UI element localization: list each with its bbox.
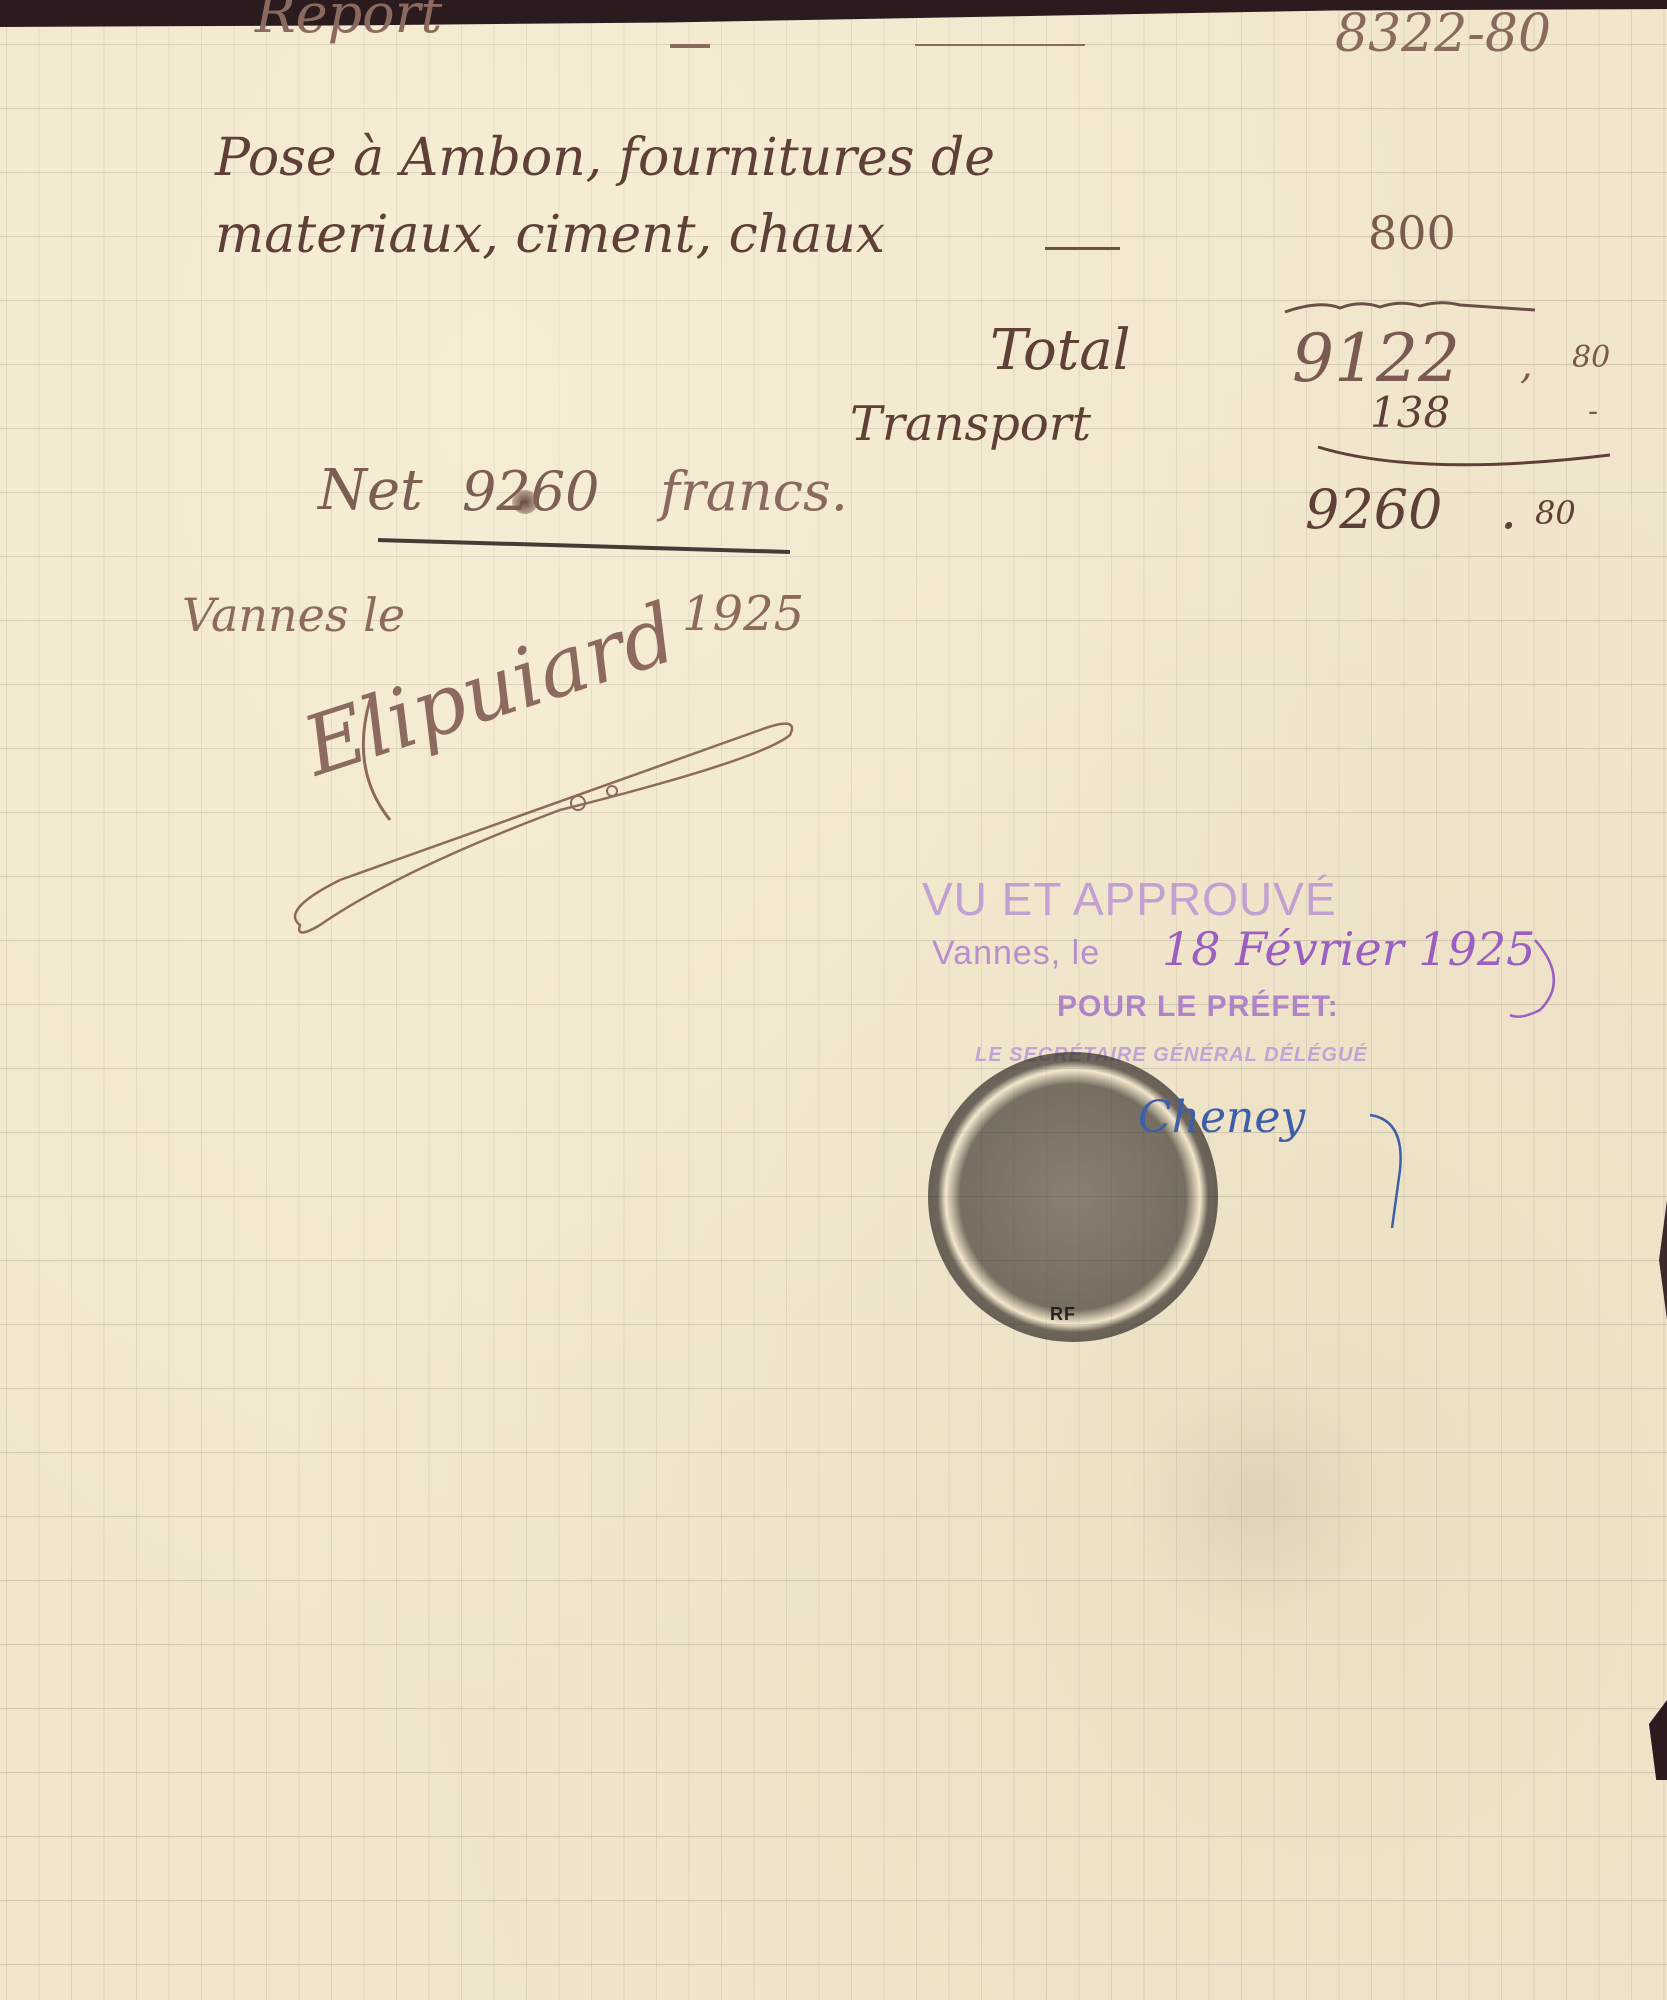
total-decimal-point: , (1520, 342, 1533, 388)
total-cents: 80 (1572, 340, 1610, 375)
seal-text: RF (1050, 1304, 1076, 1325)
total-label: Total (990, 318, 1131, 383)
total-amount: 9122 (1292, 320, 1460, 397)
stain (1130, 1360, 1390, 1640)
approval-stamp-title: VU ET APPROUVÉ (922, 872, 1337, 926)
ink-blot (512, 490, 538, 514)
net-label: Net (318, 458, 423, 523)
transport-label: Transport (850, 396, 1091, 452)
accounting-rules (0, 0, 1667, 2000)
place-label: Vannes le (182, 588, 405, 642)
grand-total-amount: 9260 (1305, 478, 1442, 541)
approval-date-handwritten: 18 Février 1925 (1162, 922, 1535, 976)
grand-total-point: . (1500, 478, 1517, 541)
net-currency: francs. (660, 460, 848, 523)
approval-stamp-place: Vannes, le (932, 934, 1100, 973)
document-page: Report 8322-80 Pose à Ambon, fournitures… (0, 0, 1667, 2000)
transport-cents: - (1588, 394, 1598, 429)
transport-amount: 138 (1370, 388, 1450, 437)
grand-total-cents: 80 (1535, 494, 1576, 532)
approval-stamp-prefect: POUR LE PRÉFET: (1057, 990, 1339, 1024)
prefect-signature: Cheney (1138, 1092, 1305, 1143)
place-year: 1925 (682, 586, 804, 642)
